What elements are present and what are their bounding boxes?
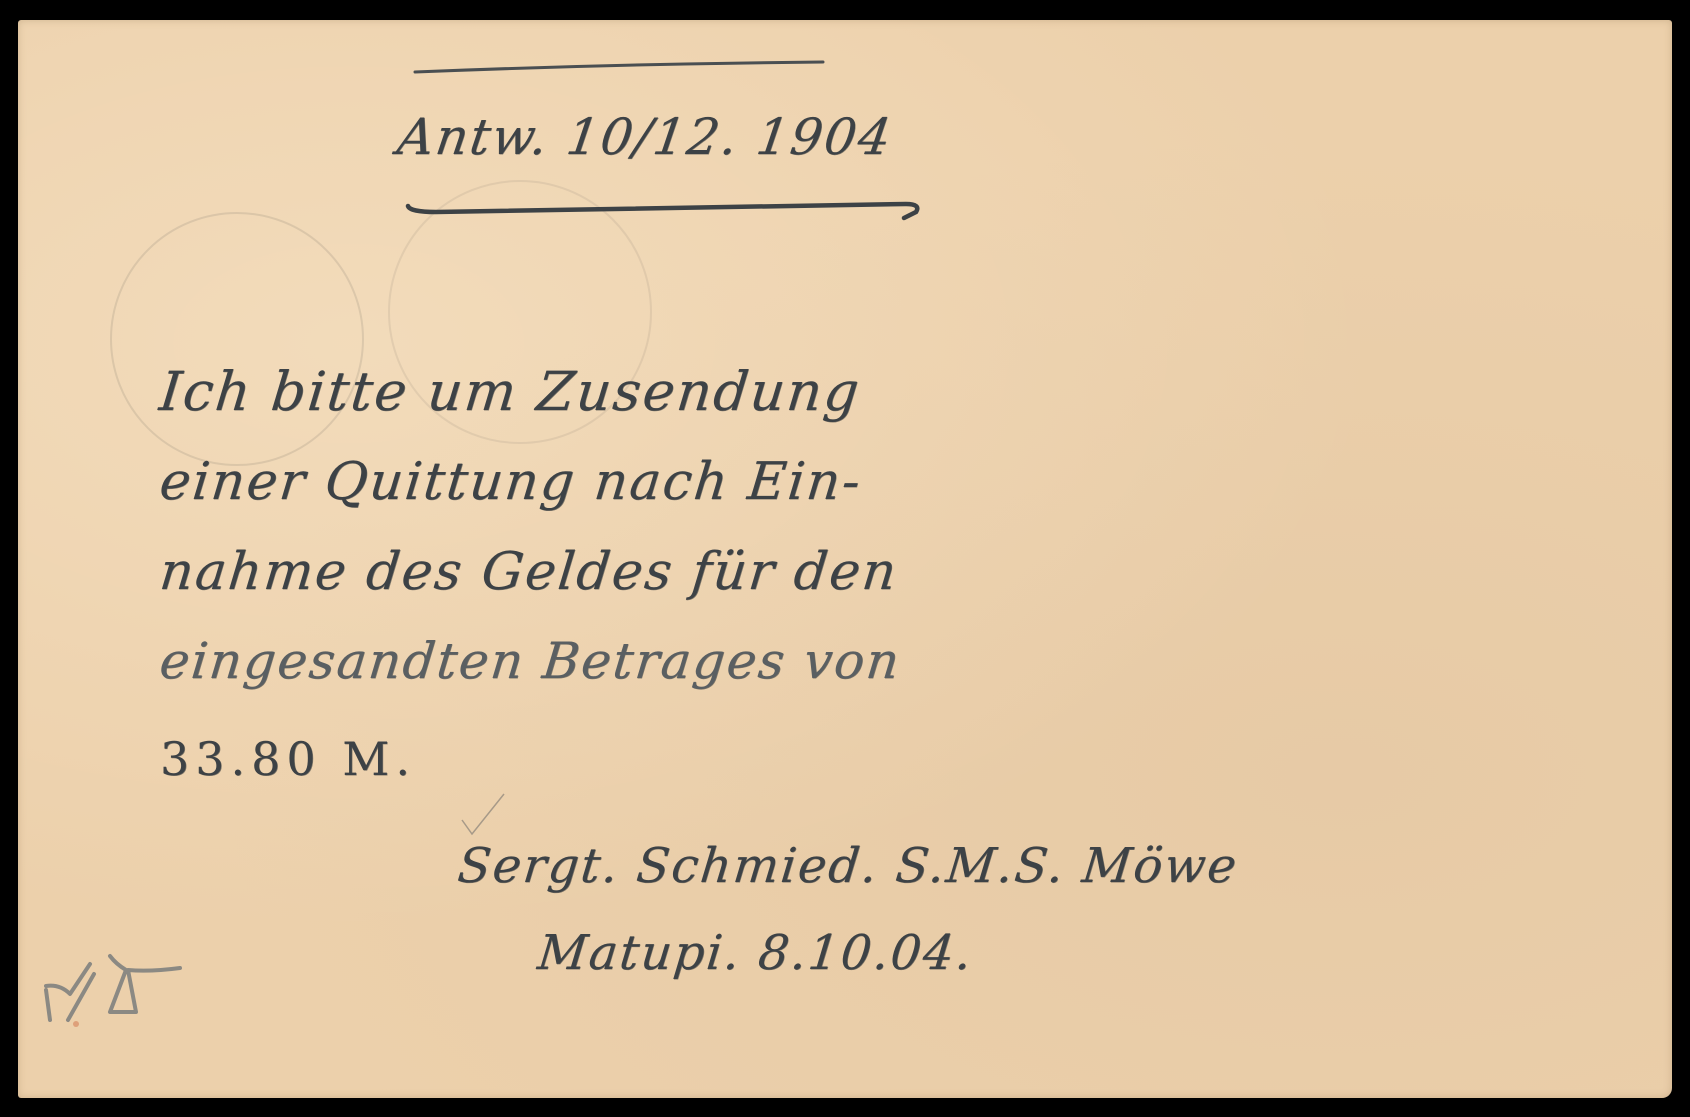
body-line-3: nahme des Geldes für den [157, 542, 901, 602]
check-mark-icon [458, 790, 508, 840]
header-top-rule [413, 58, 833, 78]
body-line-1: Ich bitte um Zusendung [157, 360, 864, 423]
postcard: Antw. 10/12. 1904 Ich bitte um Zusendung… [18, 20, 1672, 1098]
ghost-postmark-left [110, 212, 364, 466]
reply-date-note: Antw. 10/12. 1904 [394, 108, 896, 166]
signature-line-1: Sergt. Schmied. S.M.S. Möwe [455, 838, 1241, 894]
archive-pencil-mark-icon [40, 950, 190, 1030]
body-line-2: einer Quittung nach Ein- [157, 452, 865, 512]
signature-line-2: Matupi. 8.10.04. [535, 925, 976, 981]
header-bottom-rule [406, 192, 936, 222]
amount-line: 33.80 M. [160, 732, 416, 786]
body-line-4: eingesandten Betrages von [157, 632, 904, 690]
